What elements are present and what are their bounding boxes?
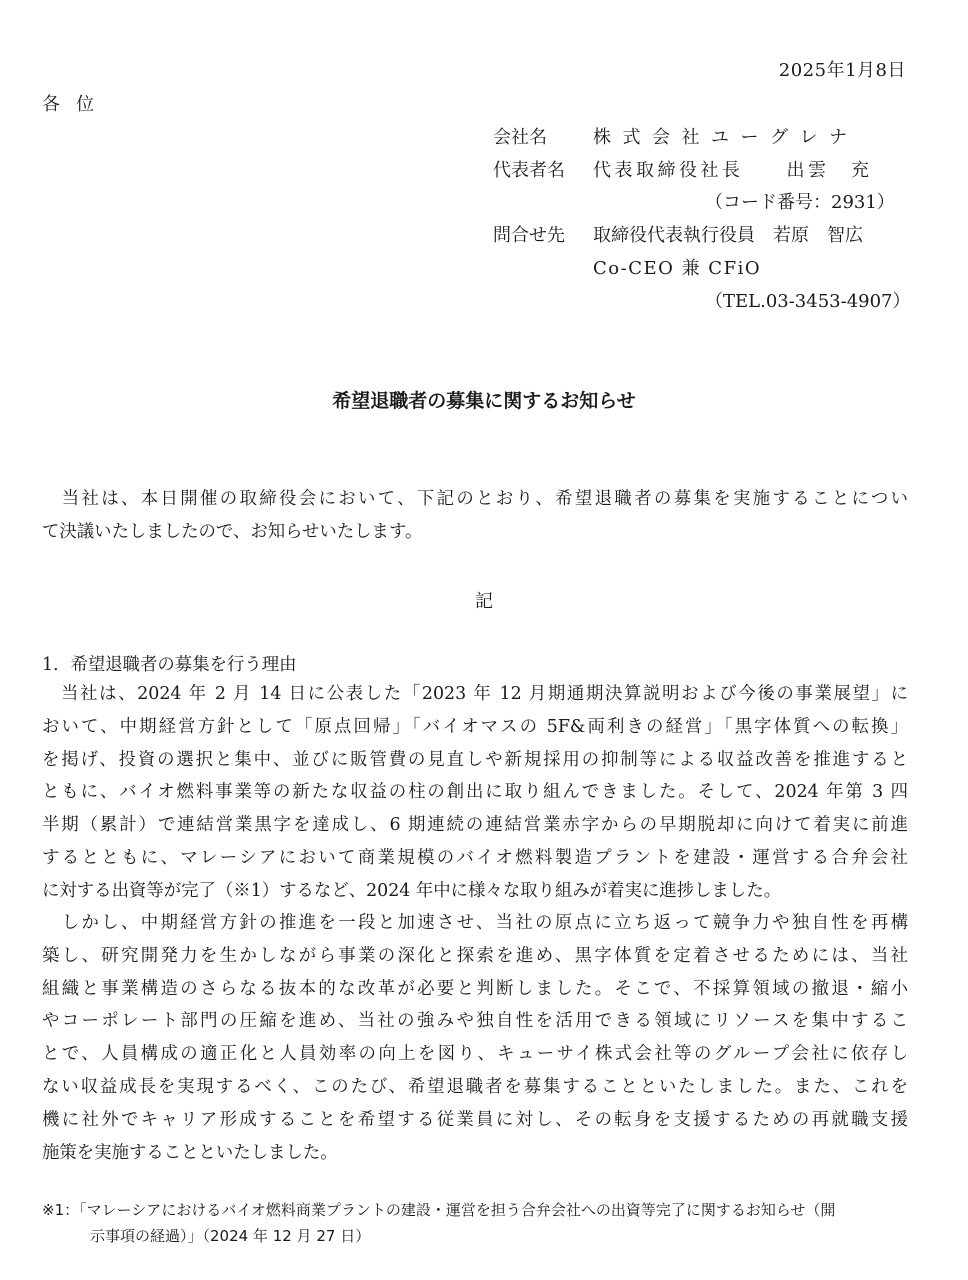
contact-title: Co-CEO 兼 CFiO — [593, 254, 761, 280]
body-line: するとともに、マレーシアにおいて商業規模のバイオ燃料製造プラントを建設・運営する… — [42, 842, 908, 875]
company-value: 株式会社ユーグレナ — [593, 127, 859, 148]
representative-row: 代表者名代表取締役社長 出雲 充 — [493, 156, 873, 182]
body-line: 組織と事業構造のさらなる抜本的な改革が必要と判断しました。そこで、不採算領域の撤… — [42, 973, 908, 1006]
intro-line: て決議いたしましたので、お知らせいたします。 — [42, 516, 908, 549]
stock-code: （コード番号：2931） — [705, 188, 895, 214]
body-line: ない収益成長を実現するべく、このたび、希望退職者を募集することといたしました。ま… — [42, 1071, 908, 1104]
body-line: 機に社外でキャリア形成することを希望する従業員に対し、その転身を支援するための再… — [42, 1104, 908, 1137]
document-title: 希望退職者の募集に関するお知らせ — [0, 386, 968, 413]
contact-label: 問合せ先 — [493, 221, 593, 247]
intro-line: 当社は、本日開催の取締役会において、下記のとおり、希望退職者の募集を実施すること… — [42, 483, 908, 516]
body-line: 当社は、2024 年 2 月 14 日に公表した「2023 年 12 月期通期決… — [42, 678, 908, 711]
body-line: 半期（累計）で連結営業黒字を達成し、6 期連続の連結営業赤字からの早期脱却に向け… — [42, 809, 908, 842]
contact-value: 取締役代表執行役員 若原 智広 — [593, 225, 863, 246]
intro-paragraph: 当社は、本日開催の取締役会において、下記のとおり、希望退職者の募集を実施すること… — [42, 483, 908, 549]
section1-paragraph2: しかし、中期経営方針の推進を一段と加速させ、当社の原点に立ち返って競争力や独自性… — [42, 907, 908, 1169]
representative-value: 代表取締役社長 出雲 充 — [593, 160, 873, 181]
footnote: ※1：「マレーシアにおけるバイオ燃料商業プラントの建設・運営を担う合弁会社への出… — [42, 1197, 908, 1249]
document-date: 2025年1月8日 — [779, 56, 906, 82]
company-label: 会社名 — [493, 123, 593, 149]
section1-paragraph1: 当社は、2024 年 2 月 14 日に公表した「2023 年 12 月期通期決… — [42, 678, 908, 908]
body-line: やコーポレート部門の圧縮を進め、当社の強みや独自性を活用できる領域にリソースを集… — [42, 1005, 908, 1038]
body-line: とで、人員構成の適正化と人員効率の向上を図り、キューサイ株式会社等のグループ会社… — [42, 1038, 908, 1071]
body-line: 築し、研究開発力を生かしながら事業の深化と探索を進め、黒字体質を定着させるために… — [42, 940, 908, 973]
representative-label: 代表者名 — [493, 156, 593, 182]
footnote-line1: ※1：「マレーシアにおけるバイオ燃料商業プラントの建設・運営を担う合弁会社への出… — [42, 1201, 835, 1219]
addressee: 各位 — [42, 90, 110, 116]
body-line: おいて、中期経営方針として「原点回帰」「バイオマスの 5F&両利きの経営」「黒字… — [42, 711, 908, 744]
body-line: ともに、バイオ燃料事業等の新たな収益の柱の創出に取り組んできました。そして、20… — [42, 776, 908, 809]
contact-row: 問合せ先取締役代表執行役員 若原 智広 — [493, 221, 863, 247]
body-line: 施策を実施することといたしました。 — [42, 1137, 908, 1170]
section-heading: 1．希望退職者の募集を行う理由 — [42, 650, 297, 675]
body-line: に対する出資等が完了（※1）するなど、2024 年中に様々な取り組みが着実に進捗… — [42, 875, 908, 908]
company-name-row: 会社名株式会社ユーグレナ — [493, 123, 859, 149]
body-line: しかし、中期経営方針の推進を一段と加速させ、当社の原点に立ち返って競争力や独自性… — [42, 907, 908, 940]
contact-tel: （TEL.03-3453-4907） — [705, 287, 911, 313]
body-line: を掲げ、投資の選択と集中、並びに販管費の見直しや新規採用の抑制等による収益改善を… — [42, 744, 908, 777]
footnote-line2: 示事項の経過）」（2024 年 12 月 27 日） — [42, 1223, 908, 1249]
ki-heading: 記 — [0, 587, 968, 613]
